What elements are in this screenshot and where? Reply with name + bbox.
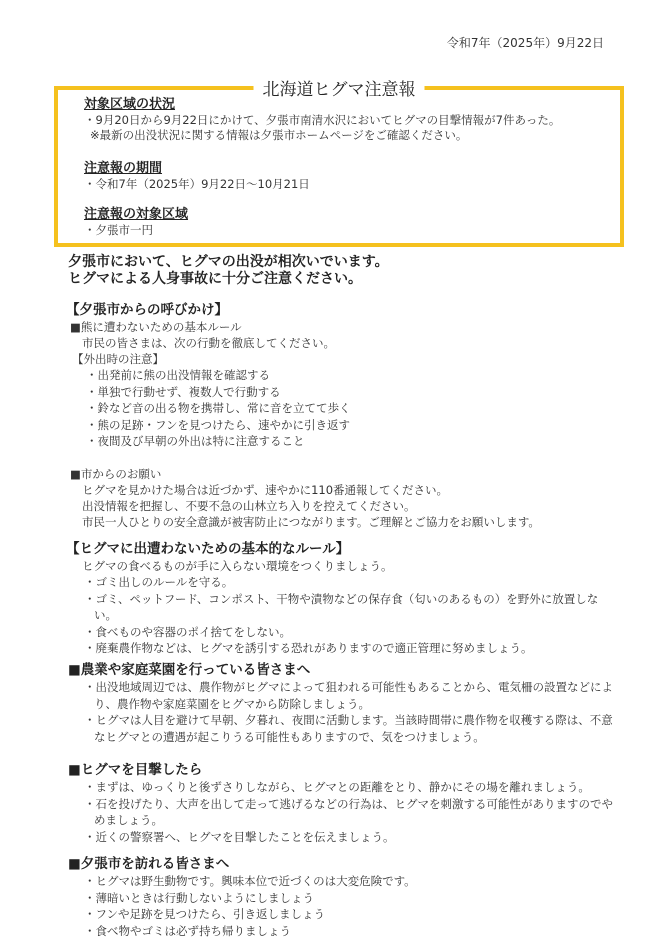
list-item: ・食べ物やゴミは必ず持ち帰りましょう: [70, 923, 630, 940]
section-heading: 【ヒグマに出遭わないための基本的なルール】: [66, 541, 630, 558]
section-line: ・令和7年（2025年）9月22日～10月21日: [84, 177, 310, 192]
city-call-section: 【夕張市からの呼びかけ】 ■熊に遭わないための基本ルール 市民の皆さまは、次の行…: [70, 302, 630, 530]
list-item: ・ヒグマは野生動物です。興味本位で近づくのは大変危険です。: [70, 873, 630, 890]
list-item: ・食べものや容器のポイ捨てをしない。: [70, 624, 614, 641]
section-line: ・夕張市一円: [84, 223, 188, 238]
paragraph: 市民一人ひとりの安全意識が被害防止につながります。ご理解とご協力をお願いします。: [70, 514, 630, 530]
list-item: ・ゴミ、ペットフード、コンポスト、干物や漬物などの保存食（匂いのあるもの）を野外…: [70, 591, 614, 624]
section-heading: 注意報の期間: [84, 160, 310, 177]
section-line: ※最新の出没状況に関する情報は夕張市ホームページをご確認ください。: [84, 128, 560, 143]
section-heading: 注意報の対象区域: [84, 206, 188, 223]
list-item: ・熊の足跡・フンを見つけたら、速やかに引き返す: [70, 417, 630, 434]
paragraph: 市民の皆さまは、次の行動を徹底してください。: [70, 335, 630, 351]
basic-rules-section: 【ヒグマに出遭わないための基本的なルール】 ヒグマの食べるものが手に入らない環境…: [70, 541, 630, 657]
list-item: ・単独で行動せず、複数人で行動する: [70, 384, 630, 401]
intro-line: 夕張市において、ヒグマの出没が相次いでいます。: [68, 254, 389, 271]
paragraph: ヒグマの食べるものが手に入らない環境をつくりましょう。: [70, 558, 630, 574]
subheading: ■市からのお願い: [70, 466, 630, 482]
document-date: 令和7年（2025年）9月22日: [447, 34, 604, 51]
list-item: ・出没地域周辺では、農作物がヒグマによって狙われる可能性もあることから、電気柵の…: [70, 679, 624, 712]
list-item: ・ゴミ出しのルールを守る。: [70, 574, 614, 591]
list-item: ・廃棄農作物などは、ヒグマを誘引する恐れがありますので適正管理に努めましょう。: [70, 640, 634, 657]
section-line: ・9月20日から9月22日にかけて、夕張市南清水沢においてヒグマの目撃情報が7件…: [84, 113, 560, 128]
list-item: ・ヒグマは人目を避けて早朝、夕暮れ、夜間に活動します。当該時間帯に農作物を収穫す…: [70, 712, 624, 745]
subheading: 【外出時の注意】: [72, 351, 630, 367]
farmers-section: ■農業や家庭菜園を行っている皆さまへ ・出没地域周辺では、農作物がヒグマによって…: [70, 662, 630, 745]
alert-box: 北海道ヒグマ注意報 対象区域の状況 ・9月20日から9月22日にかけて、夕張市南…: [54, 86, 624, 247]
paragraph: ヒグマを見かけた場合は近づかず、速やかに110番通報してください。: [70, 482, 630, 498]
section-heading: ■夕張市を訪れる皆さまへ: [68, 856, 630, 873]
list-item: ・近くの警察署へ、ヒグマを目撃したことを伝えましょう。: [70, 829, 624, 846]
section-area-status: 対象区域の状況 ・9月20日から9月22日にかけて、夕張市南清水沢においてヒグマ…: [84, 96, 560, 143]
sighting-section: ■ヒグマを目撃したら ・まずは、ゆっくりと後ずさりしながら、ヒグマとの距離をとり…: [70, 762, 630, 845]
intro-message: 夕張市において、ヒグマの出没が相次いでいます。 ヒグマによる人身事故に十分ご注意…: [68, 254, 389, 288]
section-heading: 対象区域の状況: [84, 96, 560, 113]
section-heading: ■ヒグマを目撃したら: [68, 762, 630, 779]
visitors-section: ■夕張市を訪れる皆さまへ ・ヒグマは野生動物です。興味本位で近づくのは大変危険で…: [70, 856, 630, 939]
intro-line: ヒグマによる人身事故に十分ご注意ください。: [68, 271, 389, 288]
list-item: ・薄暗いときは行動しないようにしましょう: [70, 890, 630, 907]
list-item: ・夜間及び早朝の外出は特に注意すること: [70, 433, 630, 450]
paragraph: 出没情報を把握し、不要不急の山林立ち入りを控えてください。: [70, 498, 630, 514]
list-item: ・鈴など音の出る物を携帯し、常に音を立てて歩く: [70, 400, 630, 417]
subheading: ■熊に遭わないための基本ルール: [70, 319, 630, 335]
list-item: ・フンや足跡を見つけたら、引き返しましょう: [70, 906, 630, 923]
list-item: ・まずは、ゆっくりと後ずさりしながら、ヒグマとの距離をとり、静かにその場を離れま…: [70, 779, 634, 796]
list-item: ・出発前に熊の出没情報を確認する: [70, 367, 630, 384]
section-heading: ■農業や家庭菜園を行っている皆さまへ: [68, 662, 630, 679]
section-period: 注意報の期間 ・令和7年（2025年）9月22日～10月21日: [84, 160, 310, 192]
list-item: ・石を投げたり、大声を出して走って逃げるなどの行為は、ヒグマを刺激する可能性があ…: [70, 796, 624, 829]
section-target-area: 注意報の対象区域 ・夕張市一円: [84, 206, 188, 238]
section-heading: 【夕張市からの呼びかけ】: [66, 302, 630, 319]
